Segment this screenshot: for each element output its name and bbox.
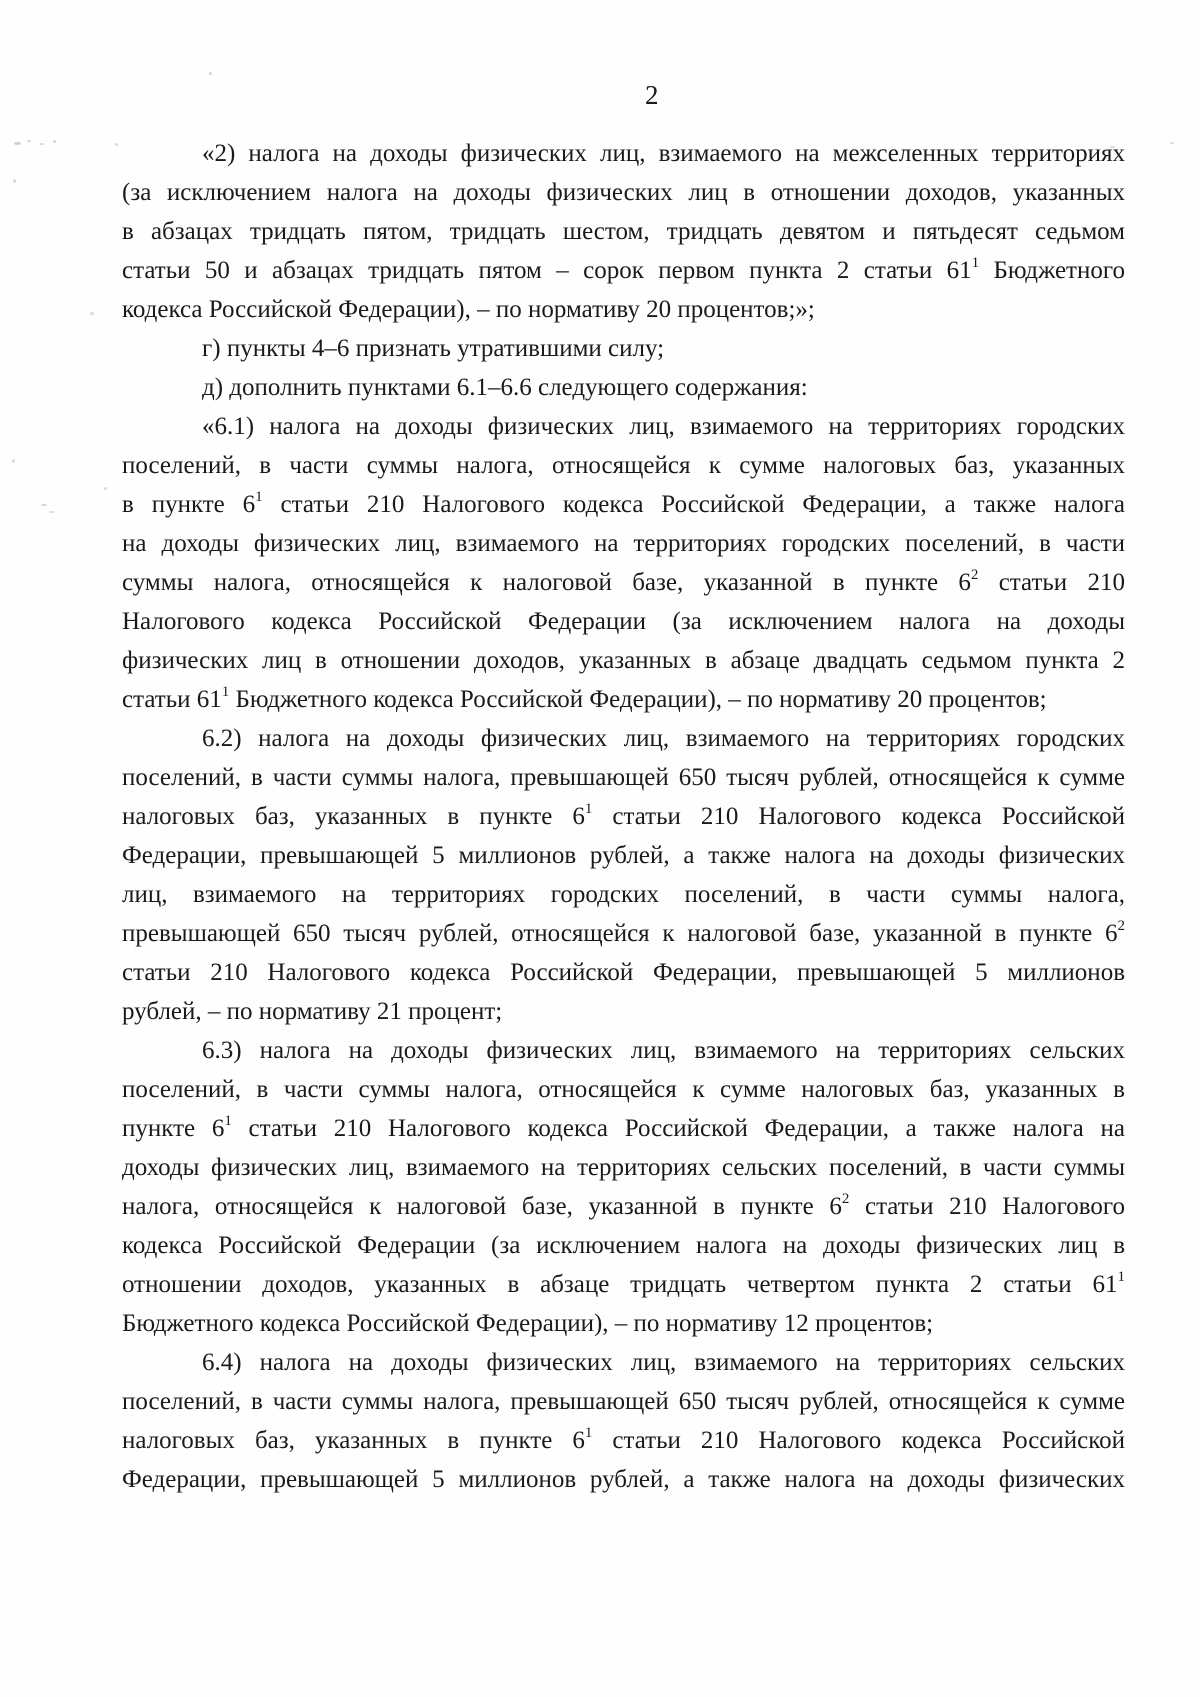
text-line: статьи 50 и абзацах тридцать пятом – сор… <box>122 251 1125 290</box>
scan-speck <box>39 143 44 145</box>
scan-speck <box>1170 142 1174 144</box>
scan-speck <box>209 72 212 75</box>
superscript: 1 <box>255 489 263 505</box>
superscript: 2 <box>842 1191 850 1207</box>
text-line: 6.3) налога на доходы физических лиц, вз… <box>122 1031 1125 1070</box>
text-line: 6.2) налога на доходы физических лиц, вз… <box>122 719 1125 758</box>
text-line: доходы физических лиц, взимаемого на тер… <box>122 1148 1125 1187</box>
text-line: Налогового кодекса Российской Федерации … <box>122 602 1125 641</box>
text-line: налога, относящейся к налоговой базе, ук… <box>122 1187 1125 1226</box>
scan-speck <box>115 143 118 146</box>
text-line: поселений, в части суммы налога, относящ… <box>122 446 1125 485</box>
text-line: 6.4) налога на доходы физических лиц, вз… <box>122 1343 1125 1382</box>
text-line: поселений, в части суммы налога, превыша… <box>122 758 1125 797</box>
scan-speck <box>27 140 31 142</box>
superscript: 1 <box>1118 1269 1126 1285</box>
text-line: Федерации, превышающей 5 миллионов рубле… <box>122 1460 1125 1499</box>
text-line: Бюджетного кодекса Российской Федерации)… <box>122 1304 1125 1343</box>
superscript: 1 <box>585 1425 593 1441</box>
text-line: суммы налога, относящейся к налоговой ба… <box>122 563 1125 602</box>
document-page: 2 «2) налога на доходы физических лиц, в… <box>0 0 1200 1697</box>
text-line: (за исключением налога на доходы физичес… <box>122 173 1125 212</box>
paragraph-4: «6.1) налога на доходы физических лиц, в… <box>122 407 1125 719</box>
text-line: статьи 611 Бюджетного кодекса Российской… <box>122 680 1125 719</box>
text-line: кодекса Российской Федерации), – по норм… <box>122 290 1125 329</box>
text-line: статьи 210 Налогового кодекса Российской… <box>122 953 1125 992</box>
text-line: кодекса Российской Федерации (за исключе… <box>122 1226 1125 1265</box>
text-line: физических лиц в отношении доходов, указ… <box>122 641 1125 680</box>
paragraph-6: 6.3) налога на доходы физических лиц, вз… <box>122 1031 1125 1343</box>
text-line: г) пункты 4–6 признать утратившими силу; <box>122 329 1125 368</box>
text-line: лиц, взимаемого на территориях городских… <box>122 875 1125 914</box>
scan-speck <box>53 140 56 143</box>
text-line: рублей, – по нормативу 21 процент; <box>122 992 1125 1031</box>
paragraph-2: г) пункты 4–6 признать утратившими силу; <box>122 329 1125 368</box>
superscript: 2 <box>971 567 979 583</box>
page-number: 2 <box>645 80 659 110</box>
scan-speck <box>104 487 107 490</box>
superscript: 1 <box>585 801 593 817</box>
scan-speck <box>14 142 21 145</box>
text-line: поселений, в части суммы налога, превыша… <box>122 1382 1125 1421</box>
paragraph-3: д) дополнить пунктами 6.1–6.6 следующего… <box>122 368 1125 407</box>
scan-speck <box>13 179 16 183</box>
scan-speck <box>12 459 15 463</box>
scan-speck <box>41 504 47 506</box>
text-line: в пункте 61 статьи 210 Налогового кодекс… <box>122 485 1125 524</box>
paragraph-7: 6.4) налога на доходы физических лиц, вз… <box>122 1343 1125 1499</box>
text-line: в абзацах тридцать пятом, тридцать шесто… <box>122 212 1125 251</box>
text-line: пункте 61 статьи 210 Налогового кодекса … <box>122 1109 1125 1148</box>
paragraph-5: 6.2) налога на доходы физических лиц, вз… <box>122 719 1125 1031</box>
text-line: д) дополнить пунктами 6.1–6.6 следующего… <box>122 368 1125 407</box>
superscript: 1 <box>224 1113 232 1129</box>
superscript: 2 <box>1118 918 1126 934</box>
text-line: на доходы физических лиц, взимаемого на … <box>122 524 1125 563</box>
text-line: поселений, в части суммы налога, относящ… <box>122 1070 1125 1109</box>
scan-speck <box>90 312 94 315</box>
text-line: «6.1) налога на доходы физических лиц, в… <box>122 407 1125 446</box>
text-line: Федерации, превышающей 5 миллионов рубле… <box>122 836 1125 875</box>
document-body: «2) налога на доходы физических лиц, взи… <box>122 134 1125 1499</box>
text-line: налоговых баз, указанных в пункте 61 ста… <box>122 1421 1125 1460</box>
superscript: 1 <box>972 255 980 271</box>
paragraph-1: «2) налога на доходы физических лиц, взи… <box>122 134 1125 329</box>
text-line: превышающей 650 тысяч рублей, относящейс… <box>122 914 1125 953</box>
text-line: отношении доходов, указанных в абзаце тр… <box>122 1265 1125 1304</box>
text-line: налоговых баз, указанных в пункте 61 ста… <box>122 797 1125 836</box>
scan-speck <box>49 511 54 513</box>
superscript: 1 <box>222 684 230 700</box>
text-line: «2) налога на доходы физических лиц, взи… <box>122 134 1125 173</box>
